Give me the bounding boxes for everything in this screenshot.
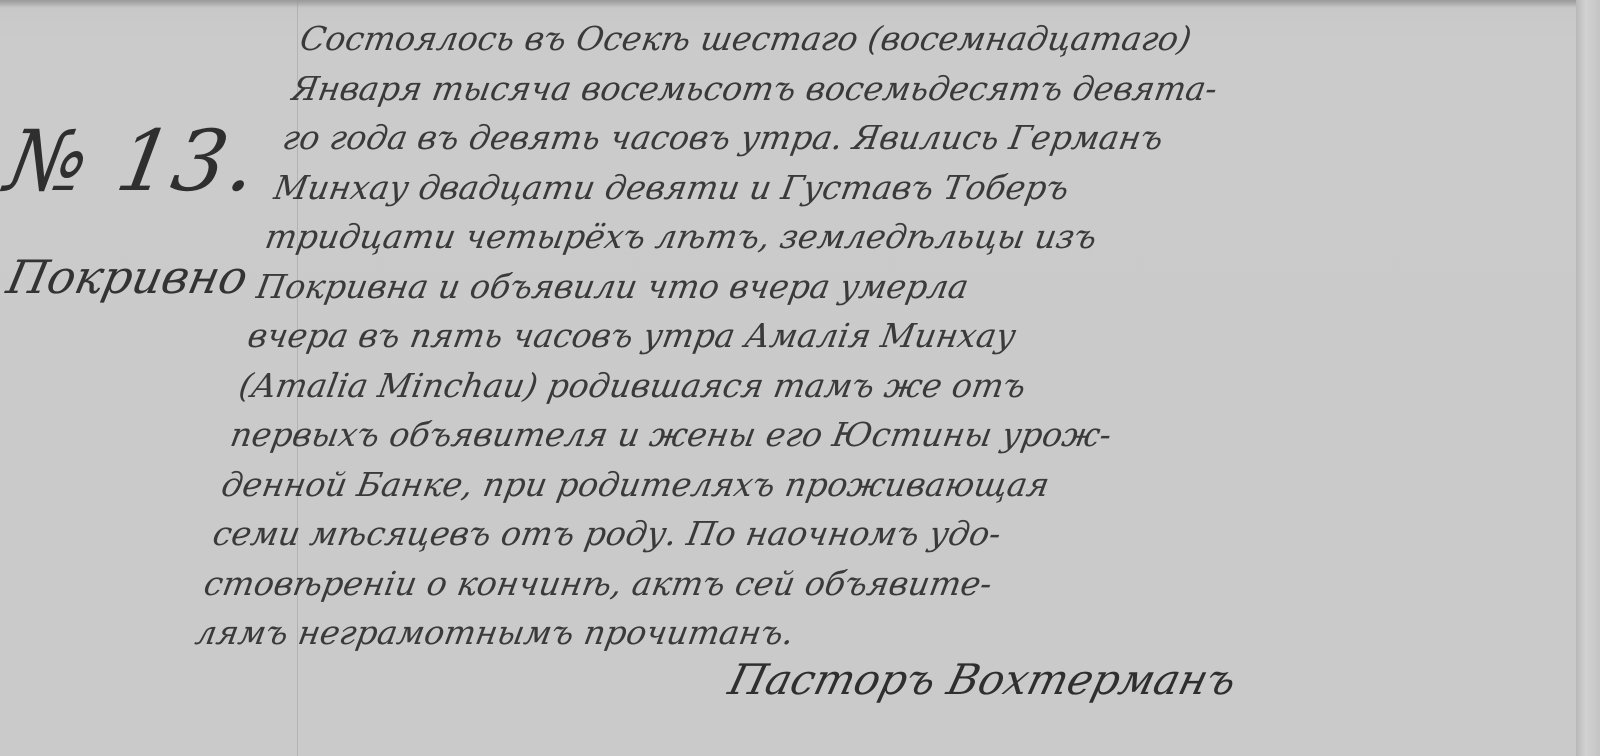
body-line: вчера въ пять часовъ утра Амалія Минхау <box>244 311 1493 361</box>
body-line: (Amalia Minchau) родившаяся тамъ же отъ <box>235 361 1484 411</box>
body-line: тридцати четырёхъ лѣтъ, земледѣльцы изъ <box>261 212 1510 262</box>
body-line: семи мѣсяцевъ отъ роду. По наочномъ удо- <box>209 509 1458 559</box>
document-page: № 13. Покривно Состоялось въ Осекѣ шеста… <box>0 0 1576 756</box>
page-edge <box>1576 0 1600 756</box>
body-line: денной Банке, при родителяхъ проживающая <box>218 460 1467 510</box>
body-line: стовѣреніи о кончинѣ, актъ сей объявите- <box>200 559 1449 609</box>
body-line: Покривна и объявили что вчера умерла <box>253 262 1502 312</box>
body-line: Состоялось въ Осекѣ шестаго (восемнадцат… <box>296 14 1545 64</box>
body-line: первыхъ объявителя и жены его Юстины уро… <box>226 410 1475 460</box>
body-line: го года въ девять часовъ утра. Явились Г… <box>279 113 1528 163</box>
parish-name: Покривно <box>2 250 253 304</box>
body-line: Января тысяча восемьсотъ восемьдесятъ де… <box>288 64 1537 114</box>
record-body: Состоялось въ Осекѣ шестаго (восемнадцат… <box>192 14 1545 658</box>
body-line: лямъ неграмотнымъ прочитанъ. <box>192 608 1441 658</box>
pastor-signature: Пасторъ Вохтерманъ <box>724 655 1242 704</box>
record-number: № 13. <box>0 112 266 210</box>
page-top-shadow <box>0 0 1600 8</box>
body-line: Минхау двадцати девяти и Густавъ Тоберъ <box>270 163 1519 213</box>
